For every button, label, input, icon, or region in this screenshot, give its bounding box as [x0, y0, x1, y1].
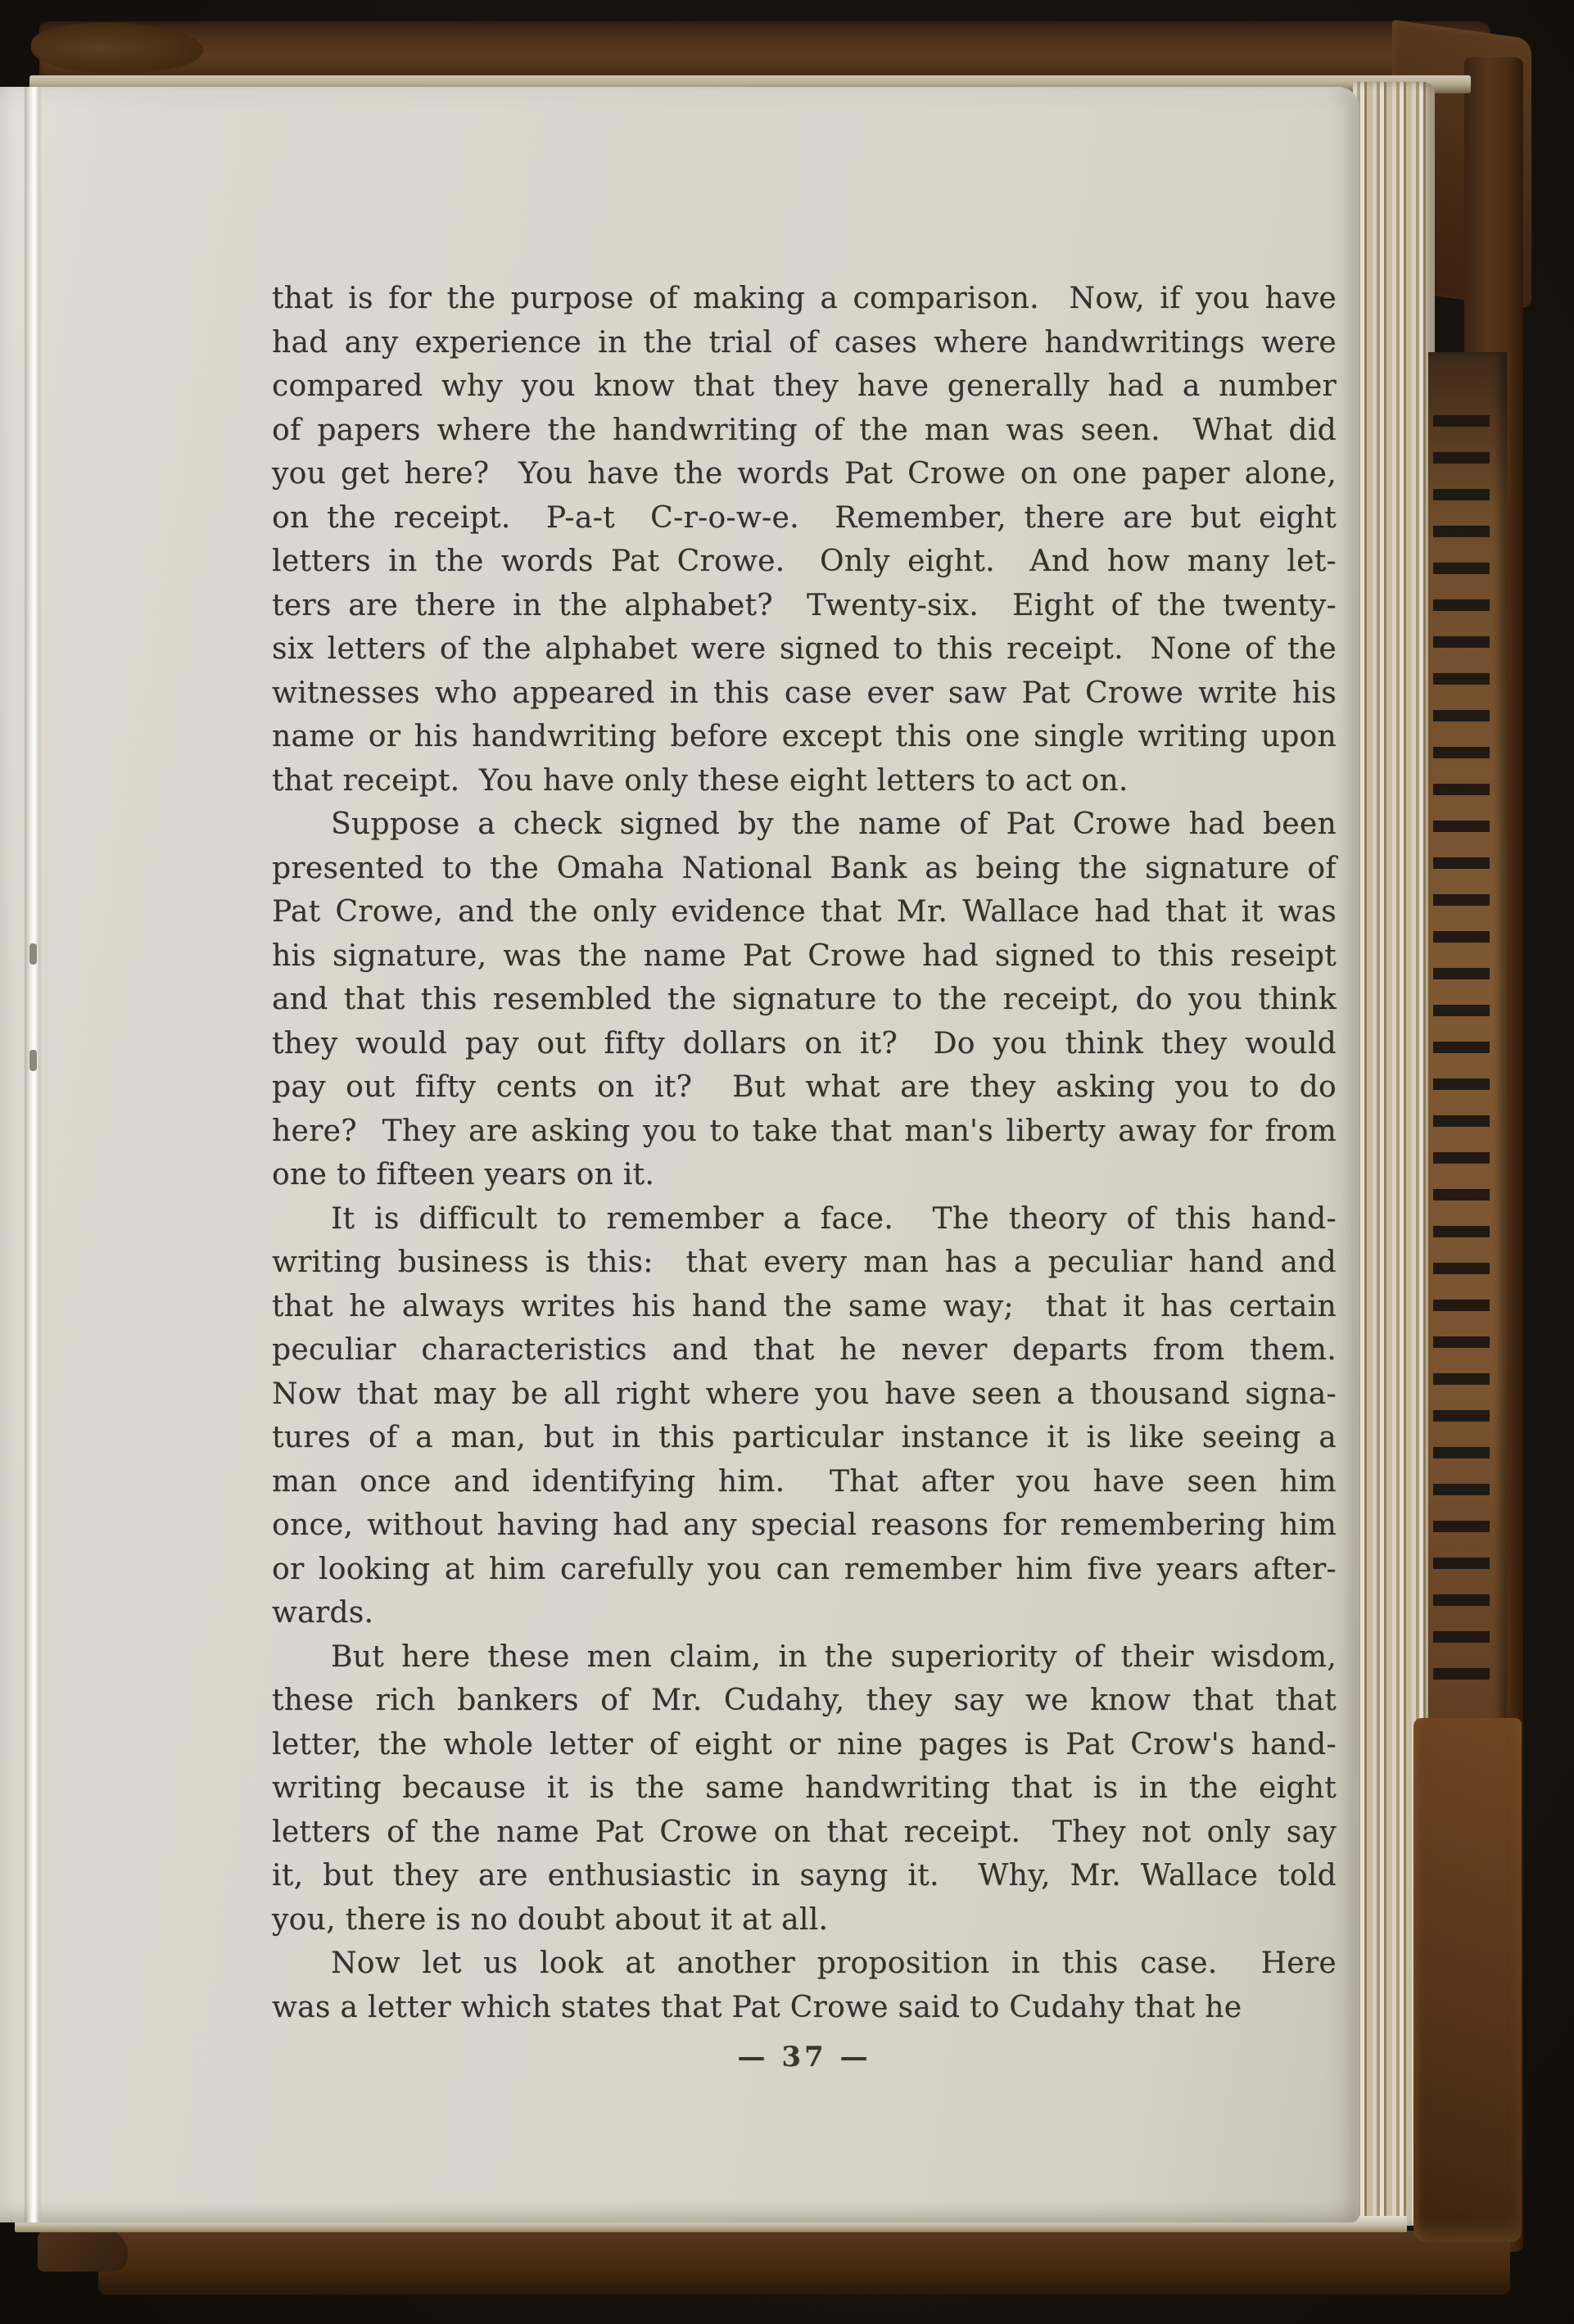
text-line: that receipt. You have only these eight … — [272, 759, 1337, 803]
fore-edge-dash-pattern — [1433, 390, 1490, 1684]
text-line: presented to the Omaha National Bank as … — [272, 847, 1337, 891]
photographed-book-scene: that is for the purpose of making a comp… — [0, 0, 1574, 2324]
text-line: had any experience in the trial of cases… — [272, 321, 1337, 365]
text-line: you get here? You have the words Pat Cro… — [272, 452, 1337, 496]
page-number: — 37 — — [272, 2041, 1337, 2073]
text-line: here? They are asking you to take that m… — [272, 1110, 1337, 1154]
book-cover-bottom-left-scrap — [38, 2229, 128, 2272]
text-line: Pat Crowe, and the only evidence that Mr… — [272, 890, 1337, 934]
text-line: once, without having had any special rea… — [272, 1503, 1337, 1548]
text-line: letters of the name Pat Crowe on that re… — [272, 1811, 1337, 1855]
fore-edge-band — [1428, 352, 1507, 1728]
text-line: one to fifteen years on it. — [272, 1153, 1337, 1197]
text-line: But here these men claim, in the superio… — [272, 1635, 1337, 1680]
text-line: six letters of the alphabet were signed … — [272, 627, 1337, 671]
text-line: Now that may be all right where you have… — [272, 1372, 1337, 1417]
text-line: pay out fifty cents on it? But what are … — [272, 1065, 1337, 1110]
gutter-fold — [25, 87, 43, 2222]
text-line: compared why you know that they have gen… — [272, 364, 1337, 409]
text-line: these rich bankers of Mr. Cudahy, they s… — [272, 1679, 1337, 1723]
text-line: witnesses who appeared in this case ever… — [272, 671, 1337, 716]
text-line: name or his handwriting before except th… — [272, 715, 1337, 759]
text-line: his signature, was the name Pat Crowe ha… — [272, 934, 1337, 979]
binding-stitch — [29, 943, 37, 965]
text-line: letters in the words Pat Crowe. Only eig… — [272, 540, 1337, 584]
text-line: of papers where the handwriting of the m… — [272, 409, 1337, 453]
text-line: or looking at him carefully you can reme… — [272, 1548, 1337, 1592]
binding-stitch — [29, 1050, 37, 1071]
page-text: that is for the purpose of making a comp… — [272, 277, 1337, 2029]
text-line: was a letter which states that Pat Crowe… — [272, 1986, 1337, 2030]
text-line: that is for the purpose of making a comp… — [272, 277, 1337, 321]
text-line: and that this resembled the signature to… — [272, 978, 1337, 1022]
text-line: peculiar characteristics and that he nev… — [272, 1328, 1337, 1372]
text-line: Suppose a check signed by the name of Pa… — [272, 803, 1337, 847]
text-line: tures of a man, but in this particular i… — [272, 1416, 1337, 1460]
book-cover-bottom-right-corner — [1413, 1718, 1522, 2242]
text-line: on the receipt. P-a-t C-r-o-w-e. Remembe… — [272, 496, 1337, 540]
text-line: ters are there in the alphabet? Twenty-s… — [272, 584, 1337, 628]
text-line: letter, the whole letter of eight or nin… — [272, 1723, 1337, 1767]
text-line: It is difficult to remember a face. The … — [272, 1197, 1337, 1241]
text-line: they would pay out fifty dollars on it? … — [272, 1022, 1337, 1066]
text-line: writing because it is the same handwriti… — [272, 1766, 1337, 1811]
text-line: writing business is this: that every man… — [272, 1241, 1337, 1285]
text-line: it, but they are enthusiastic in sayng i… — [272, 1854, 1337, 1898]
text-line: that he always writes his hand the same … — [272, 1285, 1337, 1329]
text-line: man once and identifying him. That after… — [272, 1460, 1337, 1504]
text-line: Now let us look at another proposition i… — [272, 1942, 1337, 1986]
text-line: you, there is no doubt about it at all. — [272, 1898, 1337, 1942]
book-cover-bottom-edge — [98, 2231, 1510, 2295]
text-line: wards. — [272, 1591, 1337, 1635]
